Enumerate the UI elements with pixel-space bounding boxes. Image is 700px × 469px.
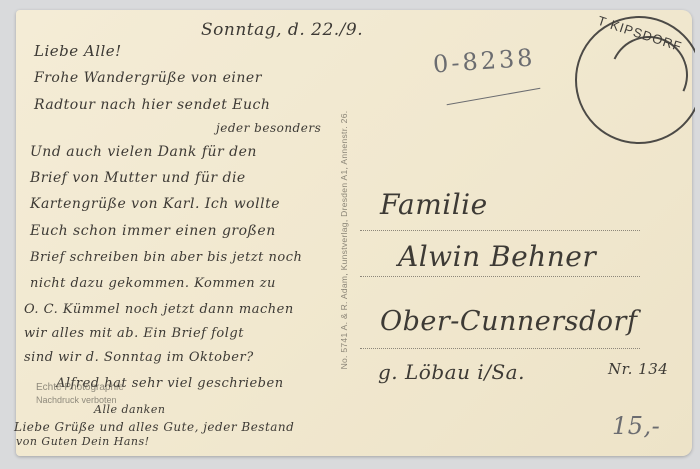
message-line: Kartengrüße von Karl. Ich wollte xyxy=(30,196,280,212)
price-note: 15,- xyxy=(612,412,660,440)
address-dotted-line xyxy=(360,230,640,231)
message-line: wir alles mit ab. Ein Brief folgt xyxy=(24,326,244,341)
address-dotted-line xyxy=(360,348,640,349)
address-line-4: g. Löbau i/Sa. xyxy=(378,360,525,384)
address-dotted-line xyxy=(360,276,640,277)
message-line: Alfred hat sehr viel geschrieben xyxy=(56,376,284,391)
message-line: Frohe Wandergrüße von einer xyxy=(34,70,262,86)
message-line: sind wir d. Sonntag im Oktober? xyxy=(24,350,254,365)
message-line: Und auch vielen Dank für den xyxy=(30,144,257,160)
address-line-3: Ober-Cunnersdorf xyxy=(380,306,637,337)
date-line: Sonntag, d. 22./9. xyxy=(201,20,363,40)
publisher-imprint: No. 5741 A. & R. Adam, Kunstverlag, Dres… xyxy=(339,111,349,370)
message-line: O. C. Kümmel noch jetzt dann machen xyxy=(24,302,294,317)
message-line: Liebe Grüße und alles Gute, jeder Bestan… xyxy=(14,420,294,434)
message-line: Alle danken xyxy=(94,403,165,416)
message-line: von Guten Dein Hans! xyxy=(16,435,150,448)
message-line: Euch schon immer einen großen xyxy=(30,223,276,239)
message-line: Radtour nach hier sendet Euch xyxy=(34,97,270,113)
salutation: Liebe Alle! xyxy=(34,42,122,60)
message-line: Brief von Mutter und für die xyxy=(30,170,246,186)
inserted-text: jeder besonders xyxy=(216,121,321,135)
message-line: nicht dazu gekommen. Kommen zu xyxy=(30,276,276,291)
message-line: Brief schreiben bin aber bis jetzt noch xyxy=(30,250,302,265)
address-line-1: Familie xyxy=(380,188,488,221)
house-number: Nr. 134 xyxy=(608,360,668,378)
address-line-2: Alwin Behner xyxy=(398,240,596,273)
